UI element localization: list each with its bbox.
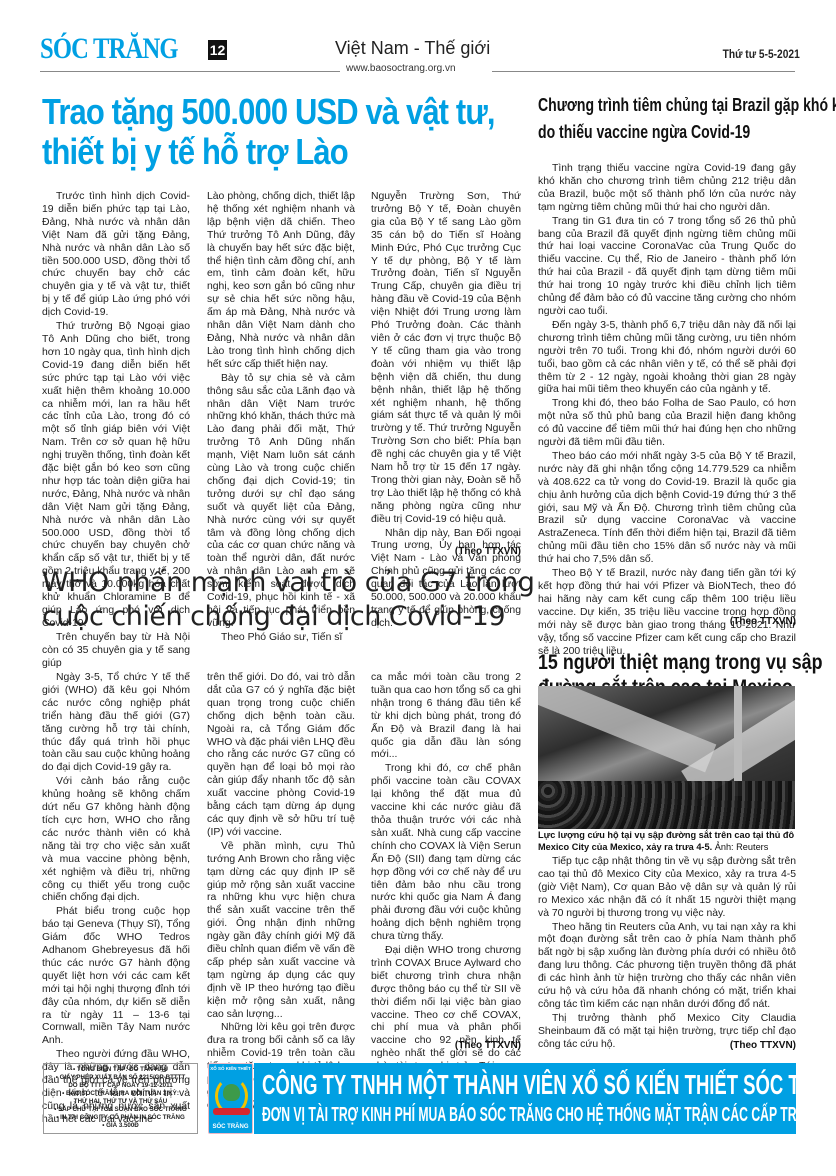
article-column: trên thế giới. Do đó, vai trò dẫn dắt củ… xyxy=(207,672,355,1114)
emblem-ribbon xyxy=(213,1108,250,1115)
paragraph: Đến ngày 3-5, thành phố 6,7 triệu dân nà… xyxy=(538,320,796,397)
masthead: SÓC TRĂNG 12 Việt Nam - Thế giới www.bao… xyxy=(0,0,836,80)
paragraph: Theo hãng tin Reuters của Anh, vụ tai nạ… xyxy=(538,922,796,1012)
imprint-line: • TỔNG BIÊN TẬP: ĐỖ TẤN HẬU xyxy=(44,1066,197,1074)
paragraph: Theo Bộ Y tế Brazil, nước này đang tiến … xyxy=(538,568,796,658)
paragraph: Trong khi đó, theo báo Folha de Sao Paul… xyxy=(538,398,796,450)
imprint-line: DO BỘ TTTT CẤP NGÀY 19-12-2011 xyxy=(44,1082,197,1090)
photo-beam xyxy=(538,686,716,772)
page-number: 12 xyxy=(208,40,227,60)
paragraph: Nguyễn Trường Sơn, Thứ trưởng Bộ Y tế, Đ… xyxy=(371,191,521,527)
source-credit: (Theo TTXVN) xyxy=(538,1040,796,1051)
headline-line: WHO nhấn mạnh vai trò của G7 trong xyxy=(42,566,537,600)
imprint-line: THỨ HAI, THỨ TƯ VÀ THỨ SÁU xyxy=(44,1098,197,1106)
issue-date: Thứ tư 5-5-2021 xyxy=(723,47,800,61)
paragraph: trên thế giới. Do đó, vai trò dẫn dắt củ… xyxy=(207,672,355,840)
imprint-line: • GIÁ 3.500Đ xyxy=(44,1122,197,1130)
paragraph: Phát biểu trong cuộc họp báo tại Geneva … xyxy=(42,906,190,1048)
sponsor-tagline: ĐƠN VỊ TÀI TRỢ KINH PHÍ MUA BÁO SÓC TRĂN… xyxy=(262,1103,796,1127)
paragraph: Tiếp tục cập nhật thông tin về vụ sập đư… xyxy=(538,856,796,921)
photo-pillar xyxy=(734,686,742,796)
emblem-leaf xyxy=(223,1084,240,1101)
newspaper-logo: SÓC TRĂNG xyxy=(40,32,178,66)
article-column: Tiếp tục cập nhật thông tin về vụ sập đư… xyxy=(538,856,796,1053)
paragraph: Trang tin G1 đưa tin có 7 trong tổng số … xyxy=(538,216,796,319)
header-divider-left xyxy=(40,71,340,72)
source-credit: (Theo TTXVN) xyxy=(371,1040,521,1051)
headline-line: 15 người thiệt mạng trong vụ sập xyxy=(538,650,785,675)
section-title: Việt Nam - Thế giới xyxy=(335,38,490,59)
website-link[interactable]: www.baosoctrang.org.vn xyxy=(346,63,456,74)
headline-line: thiết bị y tế hỗ trợ Lào xyxy=(42,132,468,172)
paragraph: Trên chuyến bay từ Hà Nội còn có 35 chuy… xyxy=(42,632,190,671)
source-credit: (Theo TTXVN) xyxy=(538,616,796,627)
imprint-line: • SẮP CHỮ TẠI TÒA SOẠN BÁO SÓC TRĂNG xyxy=(44,1106,197,1114)
headline-line: Chương trình tiêm chủng tại Brazil gặp k… xyxy=(538,92,764,119)
imprint-line: • GIẤY PHÉP XUẤT BẢN SỐ 2215/GP-BTTTT xyxy=(44,1074,197,1082)
paragraph: Với cảnh báo rằng cuộc khủng hoảng sẽ kh… xyxy=(42,776,190,905)
headline-line: Trao tặng 500.000 USD và vật tư, xyxy=(42,92,468,132)
paragraph: Tình trạng thiếu vaccine ngừa Covid-19 đ… xyxy=(538,163,796,215)
article-column: Ngày 3-5, Tổ chức Y tế thế giới (WHO) đã… xyxy=(42,672,190,1128)
source-credit: (Theo TTXVN) xyxy=(371,546,521,557)
emblem-bottom-text: SÓC TRĂNG xyxy=(209,1124,252,1130)
headline-line: cuộc chiến chống đại dịch Covid-19 xyxy=(42,600,537,634)
imprint-line: • BÁO SÓC TRĂNG RA MỖI TUẦN 3 KỲ: xyxy=(44,1090,197,1098)
photo-credit: Ảnh: Reuters xyxy=(712,842,768,852)
paragraph: Trong khi đó, cơ chế phân phối vaccine t… xyxy=(371,763,521,944)
paragraph: ca mắc mới toàn cầu trong 2 tuần qua cao… xyxy=(371,672,521,762)
emblem-top-text: XỔ SỐ KIẾN THIẾT xyxy=(209,1066,252,1071)
photo-caption: Lực lượng cứu hộ tại vụ sập đường sắt tr… xyxy=(538,830,798,853)
lottery-emblem-icon: XỔ SỐ KIẾN THIẾT SÓC TRĂNG xyxy=(208,1063,253,1134)
paragraph: Về phần mình, cựu Thủ tướng Anh Brown ch… xyxy=(207,841,355,1022)
headline-line: do thiếu vaccine ngừa Covid-19 xyxy=(538,119,764,146)
photo-crowd xyxy=(538,781,795,829)
paragraph: Theo báo cáo mới nhất ngày 3-5 của Bộ Y … xyxy=(538,451,796,567)
article-column: Tình trạng thiếu vaccine ngừa Covid-19 đ… xyxy=(538,163,796,659)
headline-laos: Trao tặng 500.000 USD và vật tư, thiết b… xyxy=(42,92,468,172)
imprint-line: • IN TẠI CÔNG TY CỔ PHẦN IN SÓC TRĂNG xyxy=(44,1114,197,1122)
header-divider-right xyxy=(492,71,795,72)
paragraph: Trước tình hình dịch Covid-19 diễn biến … xyxy=(42,191,190,320)
paragraph: Ngày 3-5, Tổ chức Y tế thế giới (WHO) đã… xyxy=(42,672,190,775)
headline-who: WHO nhấn mạnh vai trò của G7 trong cuộc … xyxy=(42,566,537,634)
imprint-box: • TỔNG BIÊN TẬP: ĐỖ TẤN HẬU • GIẤY PHÉP … xyxy=(43,1063,198,1134)
headline-brazil: Chương trình tiêm chủng tại Brazil gặp k… xyxy=(538,92,764,146)
sponsor-banner: CÔNG TY TNHH MỘT THÀNH VIÊN XỔ SỐ KIẾN T… xyxy=(254,1063,796,1134)
news-photo xyxy=(538,686,795,829)
paragraph: Lào phòng, chống dịch, thiết lập hệ thốn… xyxy=(207,191,355,372)
sponsor-name: CÔNG TY TNHH MỘT THÀNH VIÊN XỔ SỐ KIẾN T… xyxy=(262,1069,796,1101)
